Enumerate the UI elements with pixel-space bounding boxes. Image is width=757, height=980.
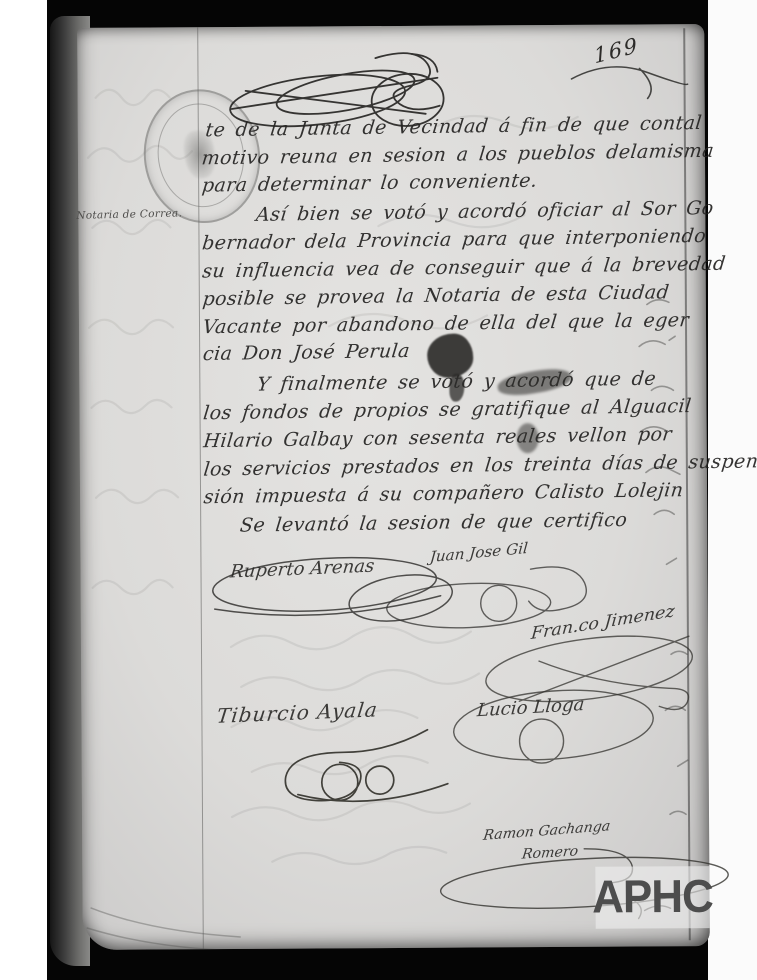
aphc-watermark-text: APHC [592,871,713,924]
page-number-flourish [569,50,689,101]
scan-background-left [0,0,47,980]
scan-background-right [708,0,757,980]
signature-rubric [277,724,458,811]
ink-blot [427,334,473,378]
archive-scan-photo: 169 Notaria de Correa. te de la Junta de… [0,0,757,980]
manuscript-page: 169 Notaria de Correa. te de la Junta de… [77,24,710,950]
ink-smudge [517,423,539,453]
signature-rubric [449,682,660,775]
aphc-watermark: APHC [595,866,709,929]
manuscript-line: cia Don José Perula [202,340,411,365]
margin-note: Notaria de Correa. [76,207,182,221]
book-black-backdrop: 169 Notaria de Correa. te de la Junta de… [47,0,708,980]
